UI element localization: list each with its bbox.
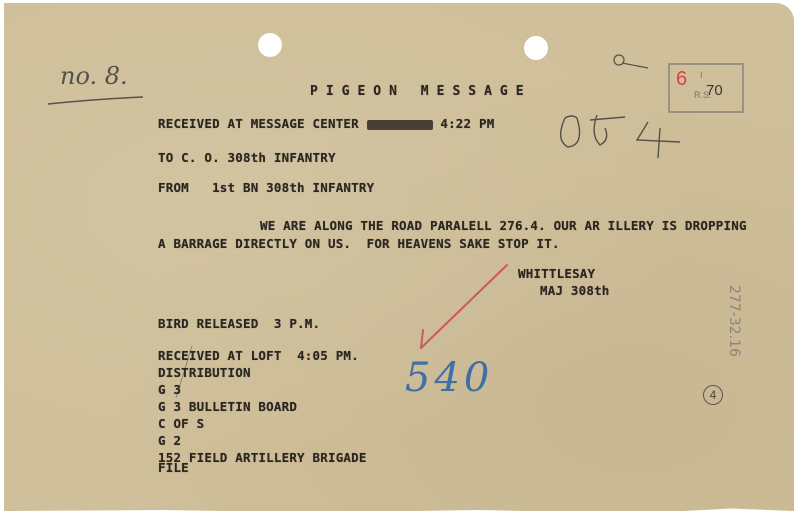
received-at-loft-line: RECEIVED AT LOFT 4:05 PM. xyxy=(158,348,359,363)
distribution-item: FILE xyxy=(158,460,189,475)
to-line: TO C. O. 308th INFANTRY xyxy=(158,150,336,165)
stamp-red-number: 6 xyxy=(676,68,687,91)
bird-released-line: BIRD RELEASED 3 P.M. xyxy=(158,316,320,331)
circled-number: 4 xyxy=(703,385,723,405)
distribution-item: G 2 xyxy=(158,433,181,448)
stamp-handwritten-number: 70 xyxy=(706,82,723,99)
distribution-heading: DISTRIBUTION xyxy=(158,365,251,380)
message-body-line-2: A BARRAGE DIRECTLY ON US. FOR HEAVENS SA… xyxy=(158,236,560,251)
distribution-item: C OF S xyxy=(158,416,204,431)
message-title: PIGEON MESSAGE xyxy=(310,84,532,99)
distribution-item: G 3 xyxy=(158,382,181,397)
received-at-message-center-line: RECEIVED AT MESSAGE CENTER 4:22 PM xyxy=(158,116,494,131)
punch-hole-left xyxy=(258,33,282,57)
stamp-line-1: I xyxy=(700,70,703,80)
punch-hole-right xyxy=(524,36,548,60)
vertical-pencil-reference: 277-32.16 xyxy=(726,285,742,357)
received-at-loft-label: RECEIVED AT LOFT xyxy=(158,348,282,363)
redacted-text xyxy=(367,120,433,130)
handwritten-message-number: no. 8. xyxy=(60,62,128,90)
signature-name: WHITTLESAY xyxy=(518,266,595,281)
distribution-item: 152 FIELD ARTILLERY BRIGADE xyxy=(158,450,367,465)
blue-pencil-number: 540 xyxy=(405,355,493,401)
message-body-line-1: WE ARE ALONG THE ROAD PARALELL 276.4. OU… xyxy=(260,218,747,233)
received-at-message-center-label: RECEIVED AT MESSAGE CENTER xyxy=(158,116,359,131)
distribution-item: G 3 BULLETIN BOARD xyxy=(158,399,297,414)
signature-rank: MAJ 308th xyxy=(540,283,610,298)
from-line: FROM 1st BN 308th INFANTRY xyxy=(158,180,374,195)
received-at-loft-time: 4:05 PM. xyxy=(297,348,359,363)
received-time: 4:22 PM xyxy=(440,116,494,131)
